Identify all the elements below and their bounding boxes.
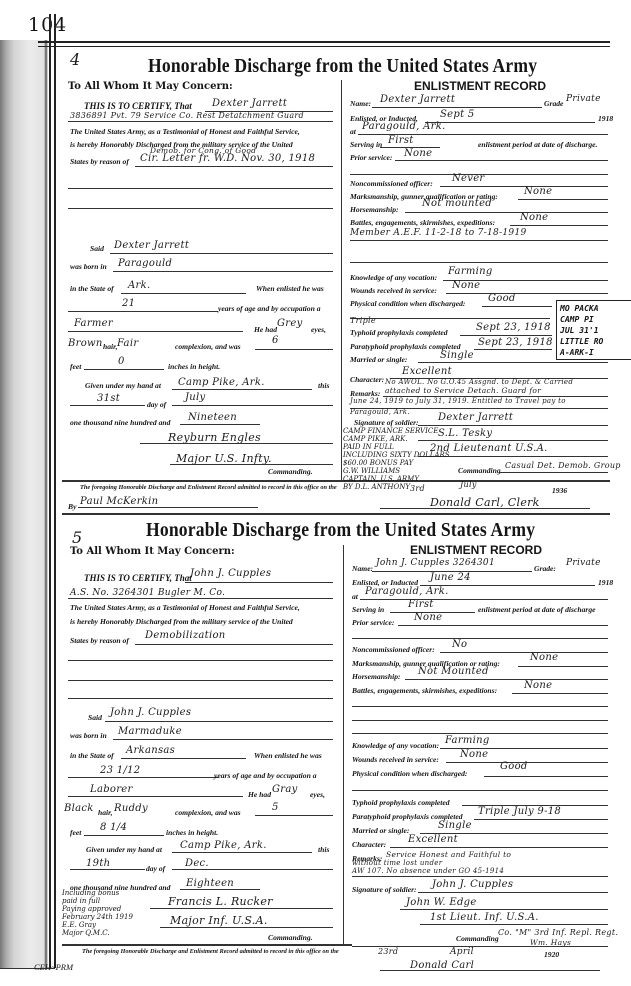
enlisted-year: 1918 (598, 578, 613, 587)
year-value: Nineteen (188, 412, 237, 423)
at-value: Paragould, Ark. (362, 121, 446, 132)
nco-label: Noncommissioned officer: (350, 179, 433, 188)
enlisted-year: 1918 (598, 114, 613, 123)
remarks-line: AW 107. No absence under GO 45-1914 (352, 867, 504, 875)
this-label: this (318, 381, 329, 390)
reason-value: Demobilization (145, 630, 226, 641)
said-label: Said (90, 244, 104, 253)
married-label: Married or single: (350, 355, 407, 364)
feet-label: feet (70, 362, 81, 371)
recorded-day: 23rd (378, 947, 398, 956)
born-label: was born in (70, 262, 107, 271)
serving-value: First (408, 599, 434, 610)
typhoid-value: Sept 23, 1918 (476, 322, 551, 333)
salutation: To All Whom It May Concern: (70, 546, 235, 557)
character-label: Character: (352, 840, 386, 849)
married-value: Single (440, 350, 474, 361)
testimonial-line: The United States Army, as a Testimonial… (70, 127, 300, 136)
character-label: Character: (350, 375, 384, 384)
remarks-line: without time lost under (352, 859, 442, 867)
complexion-label: complexion, and was (175, 808, 241, 817)
wounds-label: Wounds received in service: (352, 755, 439, 764)
commanding-value: Co. "M" 3rd Inf. Repl. Regt. (498, 928, 618, 937)
eyes-label: eyes, (310, 790, 325, 799)
marksmanship-value: None (530, 652, 558, 663)
enlistment-header: ENLISTMENT RECORD (410, 543, 542, 557)
given-place: Camp Pike, Ark. (178, 377, 265, 388)
given-label: Given under my hand at (85, 381, 161, 390)
name-label: Name: (352, 564, 373, 573)
typhoid-label: Typhoid prophylaxis completed (352, 798, 450, 807)
day-label: day of (146, 864, 165, 873)
horsemanship-value: Not mounted (422, 198, 492, 209)
remarks-line: attached to Service Detach. Guard for (385, 386, 541, 395)
year-value: Eighteen (186, 878, 234, 889)
deputy-signature: Paul McKerkin (80, 496, 158, 507)
bonus-paid-notes: Including bonus paid in full Paying appr… (62, 889, 133, 937)
name-value: John J. Cupples 3264301 (376, 558, 495, 568)
paratyphoid-value: Triple July 9-18 (478, 806, 561, 817)
officer-rank: 1st Lieut. Inf. U.S.A. (430, 912, 539, 923)
reason-label: States by reason of (70, 157, 129, 166)
recorded-month: April (450, 947, 474, 957)
commanding-label: Commanding (458, 466, 501, 475)
at-value: Paragould, Ark. (365, 586, 449, 597)
column-divider (341, 80, 342, 480)
footer-mark: CEH~PRM (34, 962, 73, 972)
by-label: By (68, 502, 76, 511)
height-inches: 0 (118, 356, 125, 367)
record-title: Honorable Discharge from the United Stat… (148, 55, 537, 78)
at-label: at (352, 592, 358, 601)
marksmanship-value: None (524, 186, 552, 197)
character-value: Excellent (402, 366, 452, 377)
recorded-year: 1920 (544, 950, 559, 959)
border-line (38, 41, 610, 43)
battles-label: Battles, engagements, skirmishes, expedi… (350, 218, 495, 227)
character-value: Excellent (408, 834, 458, 845)
hair-label: hair, (103, 342, 118, 351)
signature-label: Signature of soldier: (354, 418, 419, 427)
state-value: Ark. (128, 280, 150, 291)
born-label: was born in (70, 731, 107, 740)
typhoid-note: Triple (350, 316, 376, 325)
battles-note: Member A.E.F. 11-2-18 to 7-18-1919 (350, 228, 527, 238)
inches-label: inches in height. (168, 362, 220, 371)
vocation-value: Farming (445, 735, 490, 746)
paratyphoid-value: Sept 23, 1918 (478, 337, 553, 348)
officer-signature: Francis L. Rucker (168, 895, 273, 908)
month-value: July (185, 392, 206, 403)
day-value: 31st (97, 393, 120, 404)
testimonial-line: The United States Army, as a Testimonial… (70, 603, 300, 612)
prior-value: None (404, 148, 432, 159)
enlisted-age-label: When enlisted he was (254, 751, 322, 760)
hair-value: Brown (68, 338, 103, 349)
physical-label: Physical condition when discharged: (350, 299, 465, 308)
grade-value: Private (566, 558, 601, 568)
said-name: John J. Cupples (110, 707, 191, 718)
born-place: Marmaduke (118, 726, 182, 737)
remarks-line: No AWOL. No G.O.45 Assgnd. to Dept. & Ca… (385, 378, 573, 386)
remarks-line: June 24, 1919 to July 31, 1919. Entitled… (350, 397, 566, 405)
given-place: Camp Pike, Ark. (180, 840, 267, 851)
serial-line: 3836891 Pvt. 79 Service Co. Rest Detatch… (70, 111, 304, 120)
recorded-month: July (460, 480, 477, 489)
day-value: 19th (86, 858, 110, 869)
hair-value: Black (64, 803, 94, 814)
vocation-label: Knowledge of any vocation: (350, 273, 437, 282)
state-value: Arkansas (126, 745, 175, 756)
horsemanship-label: Horsemanship: (350, 205, 399, 214)
border-line (54, 14, 56, 968)
married-label: Married or single: (352, 826, 409, 835)
occupation: Farmer (74, 318, 113, 329)
vocation-value: Farming (448, 266, 493, 277)
born-place: Paragould (118, 258, 172, 269)
officer-signature: John W. Edge (406, 897, 477, 908)
serving-value: First (388, 135, 414, 146)
name-value: Dexter Jarrett (380, 94, 455, 105)
complexion-value: Ruddy (114, 803, 148, 814)
said-label: Said (88, 713, 102, 722)
serving-label: Serving in (352, 605, 384, 614)
border-line (49, 14, 51, 968)
age-occupation-label: years of age and by occupation a (218, 304, 321, 313)
name-label: Name: (350, 99, 371, 108)
battles-label: Battles, engagements, skirmishes, expedi… (352, 686, 497, 695)
signature-label: Signature of soldier: (352, 885, 417, 894)
month-value: Dec. (185, 858, 209, 869)
physical-value: Good (488, 293, 516, 304)
eyes-label: eyes, (311, 325, 326, 334)
height-feet: 5 (272, 802, 279, 813)
certify-label: THIS IS TO CERTIFY, That (84, 573, 192, 583)
married-value: Single (438, 820, 472, 831)
prior-label: Prior service: (352, 618, 394, 627)
battles-value: None (524, 680, 552, 691)
nco-label: Noncommissioned officer: (352, 645, 435, 654)
eyes-label: He had (254, 325, 277, 334)
recorded-text: The foregoing Honorable Discharge and En… (82, 948, 339, 955)
nco-value: Never (452, 173, 485, 184)
soldier-name: John J. Cupples (190, 568, 271, 579)
state-label: in the State of (70, 284, 114, 293)
book-binding-edge (0, 40, 48, 968)
certify-label: THIS IS TO CERTIFY, That (84, 101, 192, 111)
margin-number: 5 (72, 528, 82, 547)
vocation-label: Knowledge of any vocation: (352, 741, 439, 750)
salutation: To All Whom It May Concern: (68, 81, 233, 92)
battles-value: None (520, 212, 548, 223)
physical-value: Good (500, 761, 528, 772)
recorded-text: The foregoing Honorable Discharge and En… (80, 484, 337, 491)
serving-post: enlistment period at date of discharge (478, 605, 596, 614)
prior-label: Prior service: (350, 153, 392, 162)
occupation: Laborer (90, 784, 133, 795)
day-label: day of (147, 400, 166, 409)
eyes-value: Gray (272, 784, 298, 795)
remarks-line: Paragould, Ark. (350, 408, 410, 416)
state-label: in the State of (70, 751, 114, 760)
margin-number: 4 (70, 50, 80, 69)
year-label: one thousand nine hundred and (70, 418, 170, 427)
typhoid-label: Typhoid prophylaxis completed (350, 328, 448, 337)
enlisted-age-label: When enlisted he was (256, 284, 324, 293)
age-value: 23 1/12 (100, 765, 140, 776)
remarks-line: Service Honest and Faithful to (386, 850, 511, 859)
grade-value: Private (566, 94, 601, 104)
grade-label: Grade (544, 99, 563, 108)
serving-label: Serving in (350, 140, 382, 149)
horsemanship-value: Not Mounted (418, 666, 489, 677)
height-inches: 8 1/4 (100, 822, 127, 833)
age-occupation-label: years of age and by occupation a (214, 771, 317, 780)
height-feet: 6 (272, 335, 279, 346)
prior-value: None (414, 612, 442, 623)
enlisted-date: Sept 5 (440, 109, 475, 120)
reason-label: States by reason of (70, 636, 129, 645)
inches-label: inches in height. (166, 828, 218, 837)
wounds-value: None (460, 749, 488, 760)
finance-stamp-notes: CAMP FINANCE SERVICE CAMP PIKE, ARK. PAI… (343, 427, 450, 491)
feet-label: feet (70, 828, 81, 837)
enlisted-date: June 24 (430, 572, 471, 583)
hair-label: hair, (98, 808, 113, 817)
commanding-label: Commanding. (268, 933, 313, 942)
eyes-value: Grey (277, 318, 303, 329)
physical-label: Physical condition when discharged: (352, 769, 467, 778)
column-divider (343, 545, 344, 945)
border-line (38, 46, 610, 47)
recorded-year: 1936 (552, 486, 567, 495)
complexion-label: complexion, and was (175, 342, 241, 351)
said-name: Dexter Jarrett (114, 240, 189, 251)
commanding-value: Casual Det. Demob. Group (505, 461, 621, 470)
mustering-out-stamp: MO PACKA CAMP PI JUL 31'1 LITTLE RO A-AR… (556, 300, 631, 360)
commanding-label: Commanding (456, 934, 499, 943)
page-number: 104 (28, 14, 67, 36)
age-value: 21 (122, 298, 135, 309)
at-label: at (350, 127, 356, 136)
record-title: Honorable Discharge from the United Stat… (146, 519, 535, 542)
commanding-label: Commanding. (268, 467, 313, 476)
reason-value: Cir. Letter fr. W.D. Nov. 30, 1918 (140, 153, 315, 164)
given-label: Given under my hand at (86, 845, 162, 854)
nco-value: No (452, 639, 467, 650)
recorded-day: 3rd (410, 484, 425, 493)
enlistment-header: ENLISTMENT RECORD (414, 79, 546, 93)
serving-post: enlistment period at date of discharge. (478, 140, 597, 149)
eyes-label: He had (248, 790, 271, 799)
testimonial-line: is hereby Honorably Discharged from the … (70, 617, 293, 626)
soldier-signature: Dexter Jarrett (438, 412, 513, 423)
this-label: this (318, 845, 329, 854)
soldier-name: Dexter Jarrett (212, 98, 287, 109)
officer-rank: Major Inf. U.S.A. (170, 914, 268, 927)
grade-label: Grade: (534, 564, 556, 573)
horsemanship-label: Horsemanship: (352, 672, 401, 681)
wounds-value: None (452, 280, 480, 291)
serial-line: A.S. No. 3264301 Bugler M. Co. (70, 588, 225, 598)
wounds-label: Wounds received in service: (350, 286, 437, 295)
soldier-signature: John J. Cupples (432, 879, 513, 890)
complexion-value: Fair (117, 338, 138, 349)
